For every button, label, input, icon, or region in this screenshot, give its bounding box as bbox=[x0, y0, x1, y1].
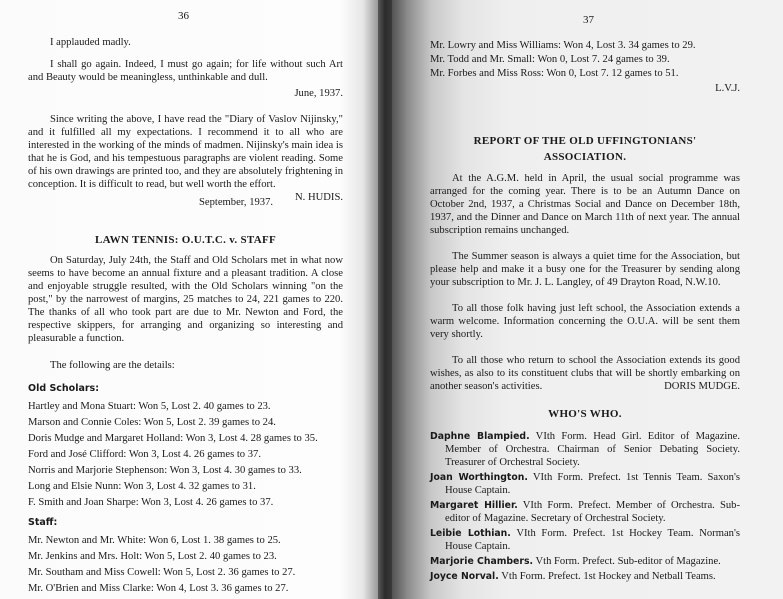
paragraph: Since writing the above, I have read the… bbox=[28, 113, 343, 191]
list-item: Leibie Lothian. VIth Form. Prefect. 1st … bbox=[430, 527, 740, 553]
person-name: Leibie Lothian. bbox=[430, 528, 511, 539]
page-number: 36 bbox=[178, 10, 189, 23]
left-page: 36 I applauded madly. I shall go again. … bbox=[0, 0, 378, 599]
paragraph: To all those who return to school the As… bbox=[430, 354, 740, 393]
person-name: Margaret Hillier. bbox=[430, 500, 518, 511]
right-page: 37 Mr. Lowry and Miss Williams: Won 4, L… bbox=[392, 0, 783, 599]
list-item: F. Smith and Joan Sharpe: Won 3, Lost 4.… bbox=[28, 496, 343, 509]
signature: DORIS MUDGE. bbox=[642, 380, 740, 393]
list-item: Ford and José Clifford: Won 3, Lost 4. 2… bbox=[28, 448, 343, 461]
staff-heading: Staff: bbox=[28, 516, 343, 529]
book-gutter bbox=[378, 0, 392, 599]
paragraph: To all those folk having just left schoo… bbox=[430, 302, 740, 341]
paragraph: At the A.G.M. held in April, the usual s… bbox=[430, 172, 740, 237]
signature: L.V.J. bbox=[430, 82, 740, 95]
whos-who-list: Daphne Blampied. VIth Form. Head Girl. E… bbox=[430, 430, 740, 583]
paragraph: On Saturday, July 24th, the Staff and Ol… bbox=[28, 254, 343, 345]
list-item: Mr. Todd and Mr. Small: Won 0, Lost 7. 2… bbox=[430, 53, 740, 66]
section-heading: LAWN TENNIS: O.U.T.C. v. STAFF bbox=[28, 234, 343, 247]
staff-list: Mr. Newton and Mr. White: Won 6, Lost 1.… bbox=[28, 534, 343, 595]
details-intro: The following are the details: bbox=[28, 359, 343, 372]
list-item: Mr. O'Brien and Miss Clarke: Won 4, Lost… bbox=[28, 582, 343, 595]
list-item: Mr. Lowry and Miss Williams: Won 4, Lost… bbox=[430, 39, 740, 52]
person-name: Joyce Norval. bbox=[430, 571, 499, 582]
person-name: Daphne Blampied. bbox=[430, 431, 530, 442]
list-item: Margaret Hillier. VIth Form. Prefect. Me… bbox=[430, 499, 740, 525]
page-number: 37 bbox=[583, 14, 594, 27]
list-item: Long and Elsie Nunn: Won 3, Lost 4. 32 g… bbox=[28, 480, 343, 493]
list-item: Mr. Newton and Mr. White: Won 6, Lost 1.… bbox=[28, 534, 343, 547]
old-scholars-heading: Old Scholars: bbox=[28, 382, 343, 395]
person-name: Marjorie Chambers. bbox=[430, 556, 533, 567]
list-item: Joan Worthington. VIth Form. Prefect. 1s… bbox=[430, 471, 740, 497]
paragraph: The Summer season is always a quiet time… bbox=[430, 250, 740, 289]
staff-list-continued: Mr. Lowry and Miss Williams: Won 4, Lost… bbox=[430, 39, 740, 95]
article-ending: I applauded madly. I shall go again. Ind… bbox=[28, 36, 343, 209]
opening-line: I applauded madly. bbox=[28, 36, 343, 49]
date: June, 1937. bbox=[28, 87, 343, 100]
list-item: Joyce Norval. Vth Form. Prefect. 1st Hoc… bbox=[430, 570, 740, 583]
list-item: Marjorie Chambers. Vth Form. Prefect. Su… bbox=[430, 555, 740, 568]
person-name: Joan Worthington. bbox=[430, 472, 528, 483]
tennis-section: LAWN TENNIS: O.U.T.C. v. STAFF On Saturd… bbox=[28, 234, 343, 598]
signature: N. HUDIS. bbox=[273, 191, 343, 204]
report-section: REPORT OF THE OLD UFFINGTONIANS' ASSOCIA… bbox=[430, 135, 740, 393]
section-heading: REPORT OF THE OLD UFFINGTONIANS' bbox=[430, 135, 740, 148]
list-item: Doris Mudge and Margaret Holland: Won 3,… bbox=[28, 432, 343, 445]
paragraph: I shall go again. Indeed, I must go agai… bbox=[28, 58, 343, 84]
list-item: Mr. Forbes and Miss Ross: Won 0, Lost 7.… bbox=[430, 67, 740, 80]
list-item: Daphne Blampied. VIth Form. Head Girl. E… bbox=[430, 430, 740, 469]
list-item: Norris and Marjorie Stephenson: Won 3, L… bbox=[28, 464, 343, 477]
list-item: Marson and Connie Coles: Won 5, Lost 2. … bbox=[28, 416, 343, 429]
section-heading-line2: ASSOCIATION. bbox=[430, 151, 740, 164]
section-heading: WHO'S WHO. bbox=[430, 408, 740, 421]
list-item: Mr. Jenkins and Mrs. Holt: Won 5, Lost 2… bbox=[28, 550, 343, 563]
list-item: Mr. Southam and Miss Cowell: Won 5, Lost… bbox=[28, 566, 343, 579]
old-scholars-list: Hartley and Mona Stuart: Won 5, Lost 2. … bbox=[28, 400, 343, 509]
whos-who-section: WHO'S WHO. Daphne Blampied. VIth Form. H… bbox=[430, 408, 740, 585]
list-item: Hartley and Mona Stuart: Won 5, Lost 2. … bbox=[28, 400, 343, 413]
